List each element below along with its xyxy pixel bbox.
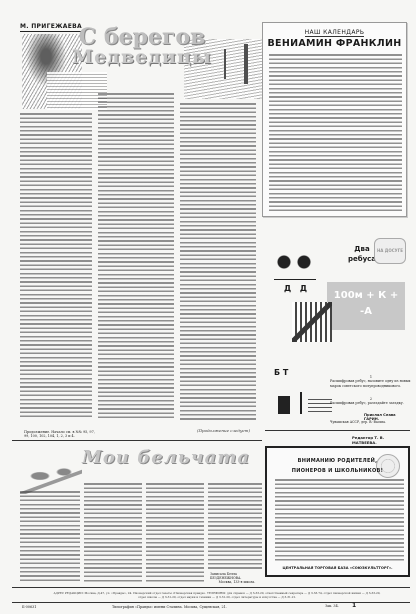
divider (12, 602, 410, 603)
rebus-heading: Два ребуса (347, 244, 377, 264)
calendar-title: ВЕНИАМИН ФРАНКЛИН (263, 38, 406, 49)
story-column-2: Я вскоре и подобрала его сахарными мости… (84, 482, 142, 582)
ad-heading-2: ПИОНЕРОВ И ШКОЛЬНИКОВ! (267, 468, 408, 474)
divider (12, 587, 410, 588)
article-title-line1: С берегов (72, 26, 212, 48)
story-title: Мои бельчата (82, 447, 250, 468)
story-column-1: В юности, эта белка внезапно появилась с… (20, 490, 80, 582)
print-code: Б-00631 (22, 605, 36, 609)
order-number: Зак. 34. (325, 604, 339, 608)
newspaper-page: М. ПРИГЕЖАЕВА С берегов Медведицы Эта Га… (12, 12, 410, 602)
ad-heading-1: ВНИМАНИЮ РОДИТЕЛЕЙ, (267, 458, 408, 464)
ad-body: Центральная торговая база «Союзкультторг… (275, 478, 404, 563)
rebus-sign-icon: 100м + К + -А (327, 282, 405, 330)
calendar-body: По решению Бюро Всемирного Совета Мира о… (269, 53, 402, 213)
article-column-2: А Миша с Вольной взяли вдоль на Шпалерну… (98, 92, 174, 420)
story-author: Записала Белла БЕЗДЕНЕЖНОВА. Москва, 133… (210, 572, 264, 584)
rebus-forest-icon (292, 302, 332, 342)
rebus-trees-icon (274, 252, 316, 282)
article-title-line2: Медведицы (72, 48, 212, 67)
article-column-3: Миша, подумала. Чистой на своем... Где в… (180, 102, 256, 420)
rebus-bottle-music-icon (274, 390, 334, 416)
to-be-continued: (Продолжение следует) (197, 428, 250, 433)
printer-info: Типография «Правды» имени Сталина. Москв… (112, 605, 227, 609)
calendar-box: НАШ КАЛЕНДАРЬ ВЕНИАМИН ФРАНКЛИН По решен… (262, 22, 407, 217)
rebus-caption-2: 2 Расшифровав ребус, разгадайте загадку. (330, 397, 412, 406)
calendar-kicker: НАШ КАЛЕНДАРЬ (263, 29, 406, 36)
page-number: 1 (352, 602, 356, 609)
ad-footer: ЦЕНТРАЛЬНАЯ ТОРГОВАЯ БАЗА «СОЮЗКУЛЬТТОРГ… (267, 566, 408, 570)
divider (12, 440, 262, 441)
story-column-3: ее «белые молоки» со звонким, молоком и … (146, 482, 204, 582)
editor-credit: Редактор Т. В. МАТВЕЕВА. (352, 435, 410, 445)
advertisement-box: ВНИМАНИЮ РОДИТЕЛЕЙ, ПИОНЕРОВ И ШКОЛЬНИКО… (265, 446, 410, 577)
rebus-sender-place: Чувашская АССР, дер. В.-Васьва. (330, 420, 386, 424)
story-column-4: вы. Нет больше там вероятно какого о дру… (208, 482, 262, 570)
editorial-address: АДРЕС РЕДАКЦИИ: Москва, Д-47, ул. «Правд… (52, 592, 382, 599)
article-column-1: Эта Гангута вижу разумела Миша. — Люди м… (20, 112, 92, 420)
rebus-caption-1: 1 Расшифровав ребус, назовите одну из но… (330, 375, 412, 388)
rebus-letters-dd: Д Д (284, 284, 310, 293)
divider (265, 430, 410, 431)
serial-reference: Продолжение. Начало см. в №№ 95, 97, 99,… (24, 430, 99, 438)
na-dosuge-stamp-icon: НА ДОСУГЕ (374, 238, 406, 264)
rebus-letters-bt: Б Т (274, 368, 288, 377)
article-title: С берегов Медведицы (72, 26, 212, 67)
